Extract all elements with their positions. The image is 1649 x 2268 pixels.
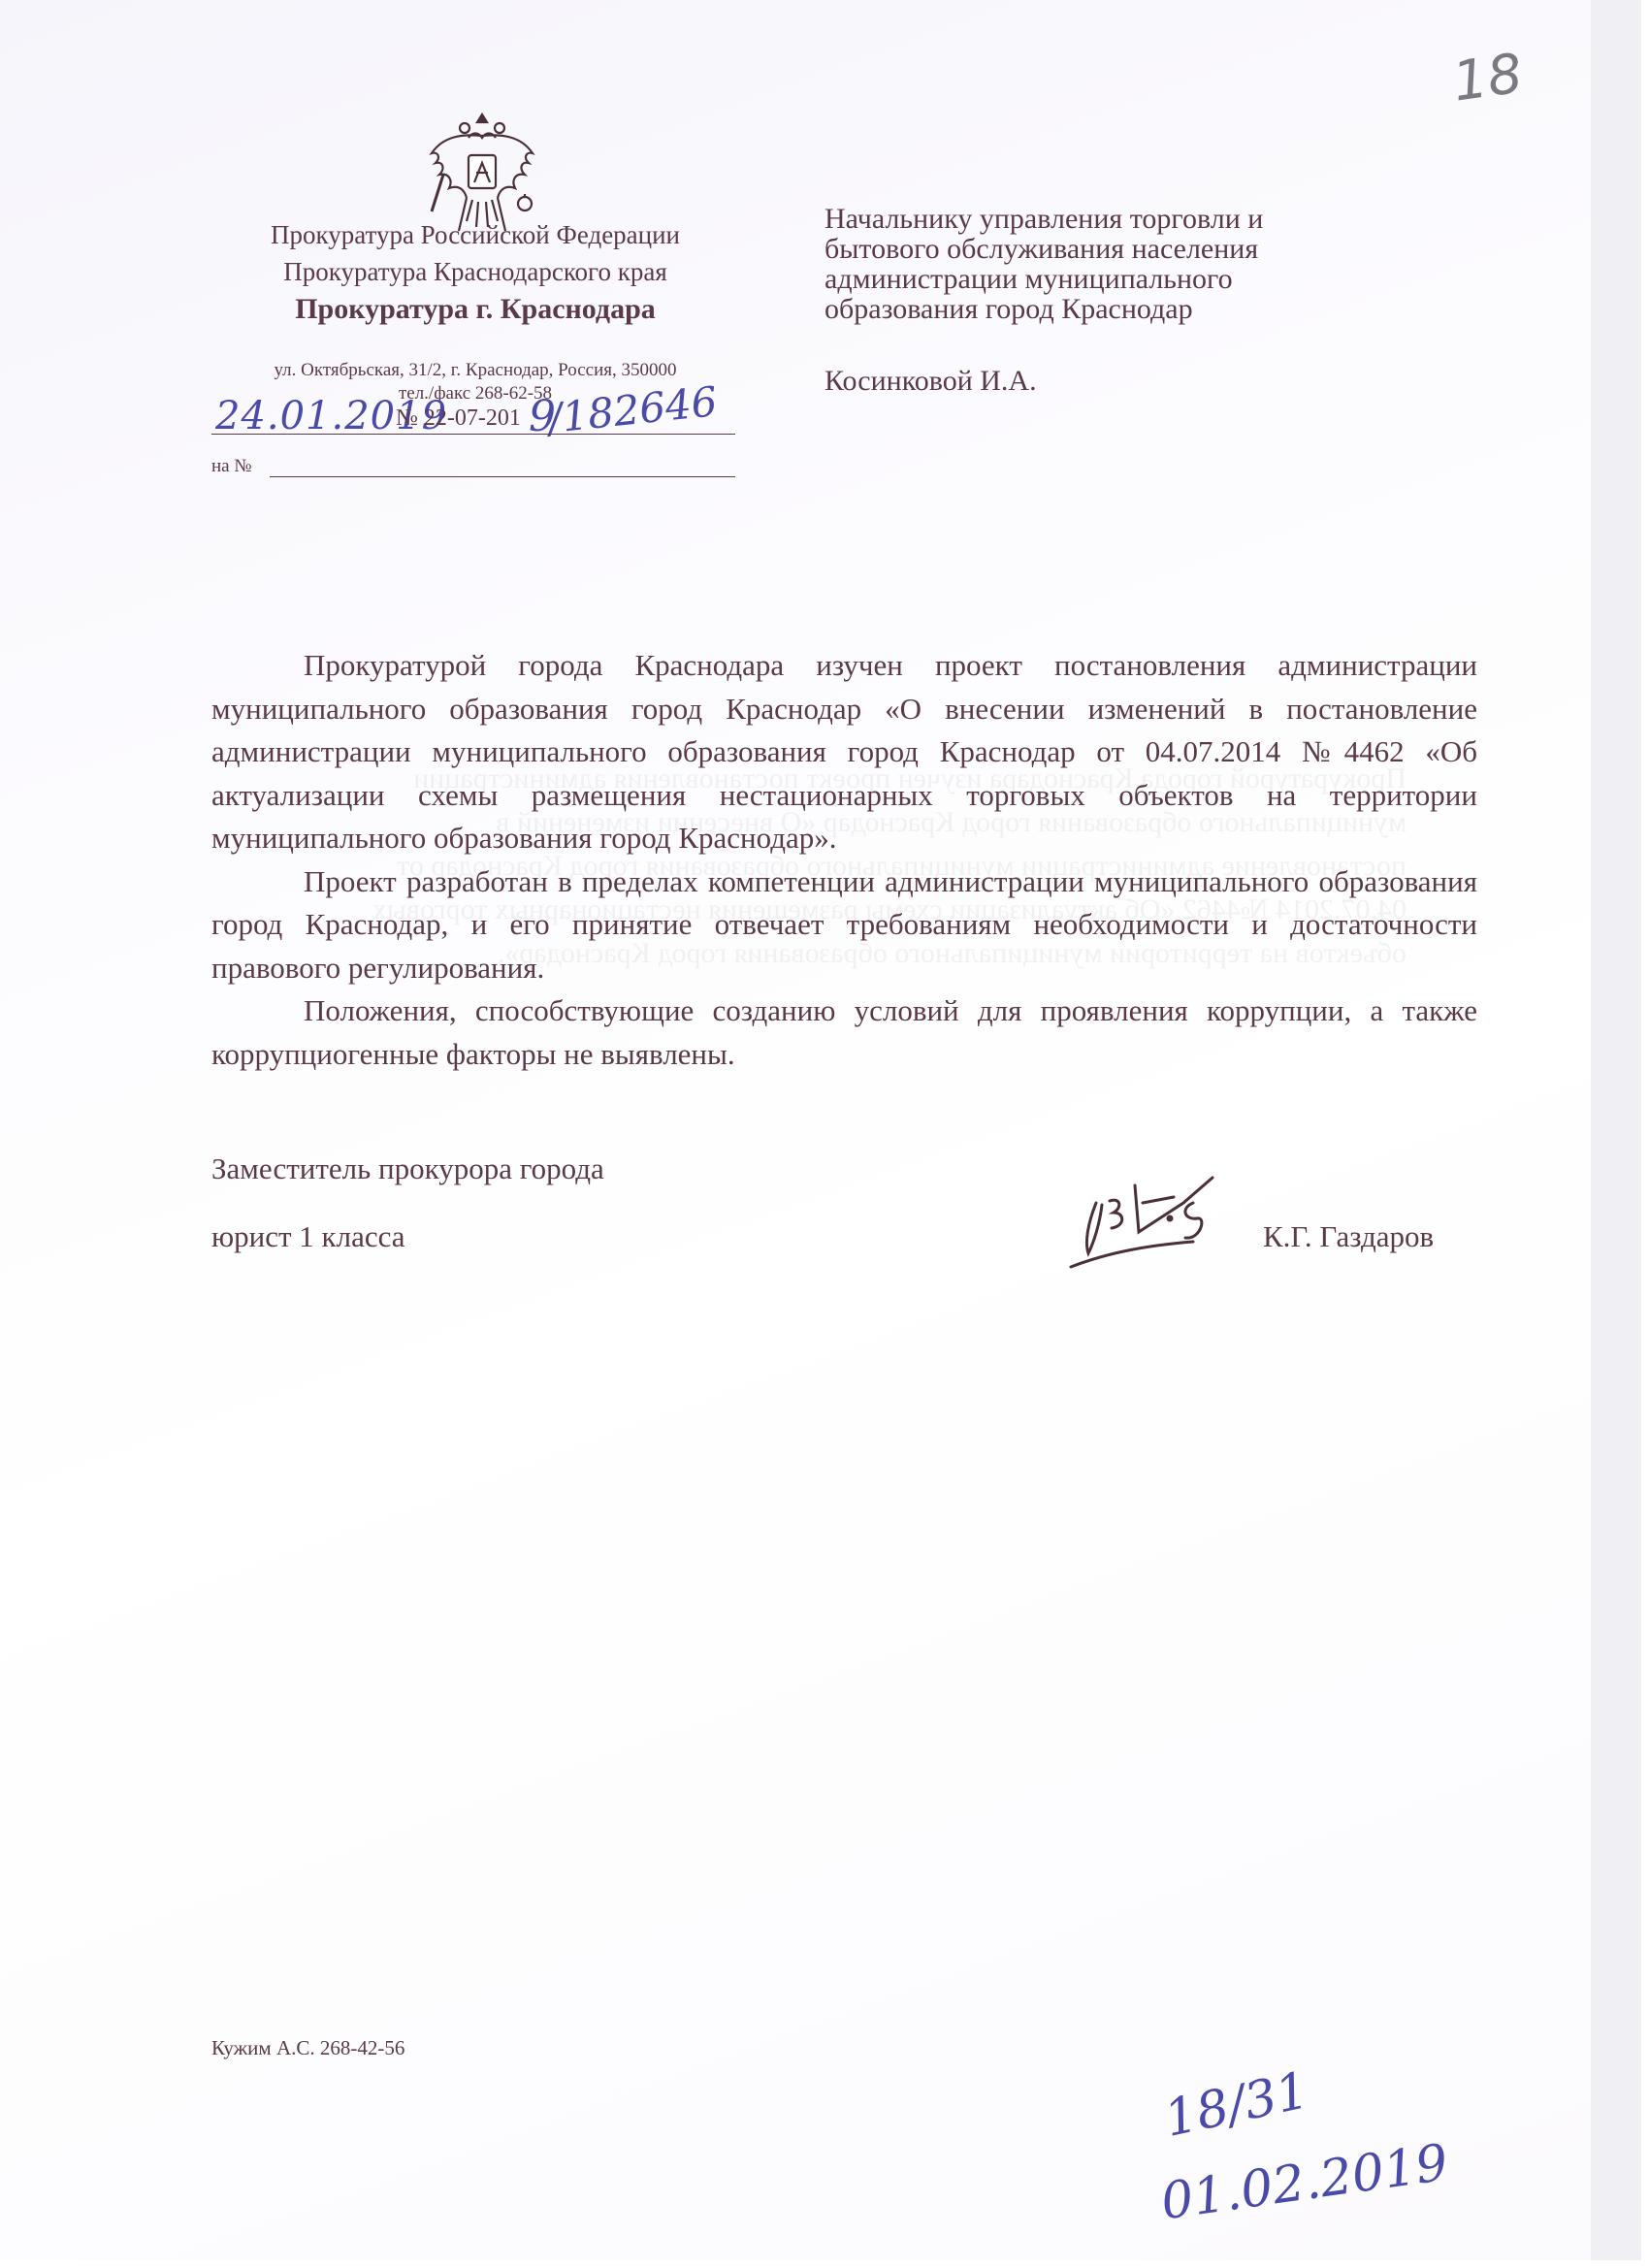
body-paragraph: Проект разработан в пределах компетенции… [211, 860, 1477, 990]
letterhead-address: ул. Октябрьская, 31/2, г. Краснодар, Рос… [204, 359, 747, 382]
document-page: Прокуратурой города Краснодара изучен пр… [0, 0, 1649, 2268]
body-paragraph: Прокуратурой города Краснодара изучен пр… [211, 644, 1477, 860]
signatory-name: К.Г. Газдаров [1263, 1219, 1434, 1254]
addressee-line: Начальнику управления торговли и [824, 204, 1445, 234]
body-paragraph: Положения, способствующие созданию услов… [211, 989, 1477, 1076]
signatory-title: Заместитель прокурора города [211, 1151, 604, 1186]
addressee-line: образования город Краснодар [824, 294, 1445, 324]
incoming-date: 01.02.2019 [1157, 2134, 1451, 2232]
reply-to-underline [270, 476, 735, 477]
addressee-line: администрации муниципального [824, 264, 1445, 294]
letter-body: Прокуратурой города Краснодара изучен пр… [211, 644, 1477, 1076]
reply-to-label: на № [211, 456, 251, 477]
incoming-number: 18/31 [1159, 2061, 1313, 2149]
signature-icon [1067, 1164, 1271, 1271]
addressee-block: Начальнику управления торговли и бытовог… [824, 204, 1445, 324]
addressee-line: бытового обслуживания населения [824, 234, 1445, 264]
signatory-rank: юрист 1 класса [211, 1219, 405, 1254]
letterhead-line-2: Прокуратура Краснодарского края [204, 255, 747, 288]
registration-number: № 22-07-201 [396, 405, 521, 432]
letterhead-line-1: Прокуратура Российской Федерации [204, 218, 747, 251]
registration-underline [211, 434, 735, 435]
addressee-name: Косинковой И.А. [824, 365, 1037, 398]
executor-contact: Кужим А.С. 268-42-56 [211, 2036, 404, 2060]
page-number-mark: 18 [1449, 42, 1527, 113]
letterhead-line-3: Прокуратура г. Краснодара [204, 293, 747, 326]
